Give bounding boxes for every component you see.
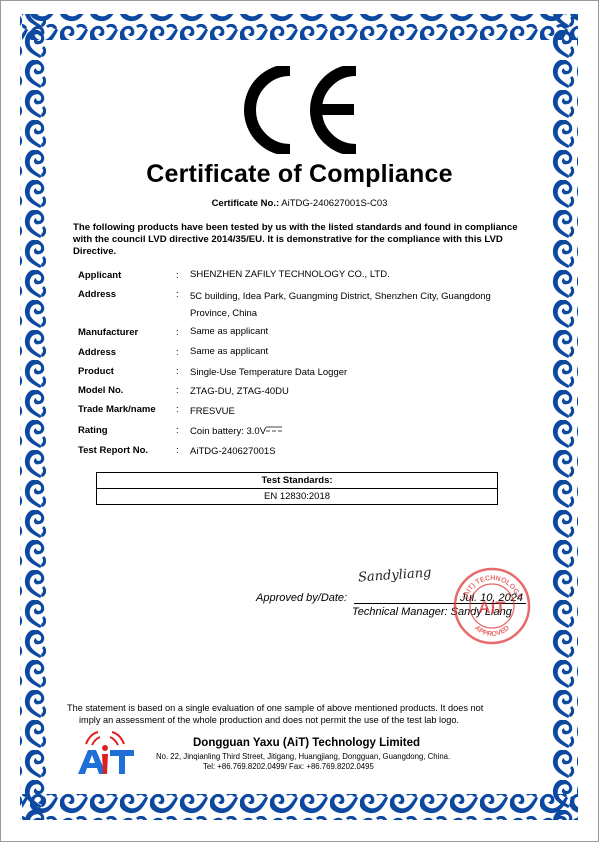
stamp-center-text: AiT	[478, 598, 506, 617]
stamp-bottom-text: APPROVED	[473, 625, 511, 638]
field-colon: :	[176, 366, 179, 377]
field-colon: :	[176, 270, 179, 281]
field-label: Rating	[78, 425, 108, 436]
certificate-number-value: AiTDG-240627001S-C03	[281, 198, 387, 209]
field-value: AiTDG-240627001S	[190, 444, 520, 460]
svg-text:(AIT) TECHNOLOGY: (AIT) TECHNOLOGY	[462, 575, 522, 600]
field-value: Single-Use Temperature Data Logger	[190, 365, 520, 381]
lab-address: No. 22, Jinqianling Third Street, Jitiga…	[156, 752, 450, 761]
field-label: Model No.	[78, 385, 123, 396]
lab-contact: Tel: +86.769.8202.0499/ Fax: +86.769.820…	[203, 762, 374, 771]
stamp-top-text: (AIT) TECHNOLOGY	[462, 575, 522, 600]
field-label: Applicant	[78, 270, 121, 281]
field-colon: :	[176, 445, 179, 456]
disclaimer-line-1: The statement is based on a single evalu…	[67, 702, 537, 714]
field-label: Trade Mark/name	[78, 404, 156, 415]
field-label: Product	[78, 366, 114, 377]
svg-text:APPROVED: APPROVED	[473, 625, 511, 638]
ait-logo-icon	[74, 728, 136, 776]
field-label: Test Report No.	[78, 445, 148, 456]
approved-stamp-icon: (AIT) TECHNOLOGY APPROVED AiT	[452, 566, 532, 646]
field-value-wrap: Coin battery: 3.0V	[190, 424, 520, 440]
field-value: Coin battery: 3.0V	[190, 426, 266, 437]
field-value: SHENZHEN ZAFILY TECHNOLOGY CO., LTD.	[190, 267, 520, 283]
field-value: 5C building, Idea Park, Guangming Distri…	[190, 288, 525, 322]
lab-name: Dongguan Yaxu (AiT) Technology Limited	[193, 737, 420, 749]
test-standards-header: Test Standards:	[97, 473, 498, 489]
field-label: Address	[78, 289, 116, 300]
dc-current-icon	[266, 426, 282, 432]
page-title: Certificate of Compliance	[0, 160, 599, 189]
field-colon: :	[176, 404, 179, 415]
intro-statement: The following products have been tested …	[73, 222, 533, 258]
field-colon: :	[176, 385, 179, 396]
certificate-number-label: Certificate No.:	[212, 198, 280, 209]
ce-mark-icon	[238, 66, 362, 154]
field-colon: :	[176, 425, 179, 436]
field-colon: :	[176, 289, 179, 300]
field-colon: :	[176, 327, 179, 338]
field-value: Same as applicant	[190, 344, 520, 360]
field-colon: :	[176, 347, 179, 358]
certificate-number: Certificate No.: AiTDG-240627001S-C03	[0, 198, 599, 209]
field-label: Address	[78, 347, 116, 358]
field-value: Same as applicant	[190, 324, 520, 340]
field-value: ZTAG-DU, ZTAG-40DU	[190, 384, 520, 400]
disclaimer-line-2: imply an assessment of the whole product…	[67, 714, 537, 726]
disclaimer-statement: The statement is based on a single evalu…	[67, 702, 537, 726]
approved-by-label: Approved by/Date:	[256, 592, 347, 604]
test-standards-table: Test Standards: EN 12830:2018	[96, 472, 498, 505]
field-value: FRESVUE	[190, 404, 520, 420]
test-standard-item: EN 12830:2018	[97, 489, 498, 505]
field-label: Manufacturer	[78, 327, 138, 338]
